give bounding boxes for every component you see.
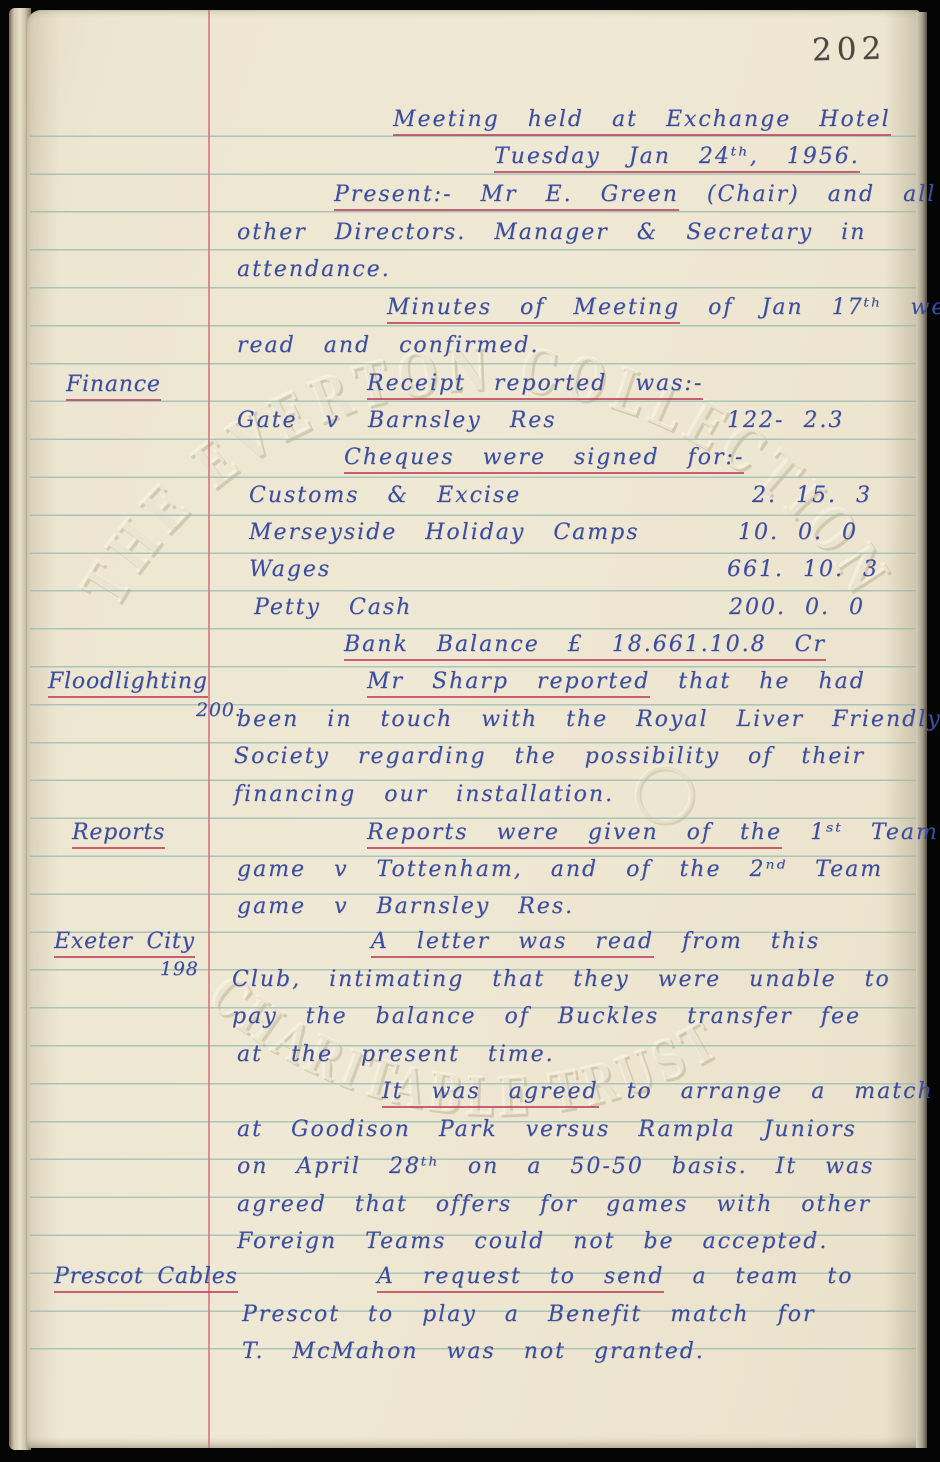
handwriting-line: at Goodison Park versus Rampla Juniors (237, 1117, 857, 1143)
handwriting-line: Minutes of Meeting of Jan 17ᵗʰ were (387, 295, 940, 321)
handwriting-line: Club, intimating that they were unable t… (232, 967, 891, 993)
handwriting-line: agreed that offers for games with other (237, 1192, 871, 1218)
handwriting-line: pay the balance of Buckles transfer fee (232, 1004, 861, 1030)
margin-note: Exeter City (54, 929, 195, 955)
minute-book-page: THE EVERTON COLLECTION THE EVERTON COLLE… (0, 0, 940, 1462)
handwriting-line: T. McMahon was not granted. (242, 1339, 705, 1365)
amount-value: 661. 10. 3 (727, 557, 879, 583)
handwriting-line: at the present time. (237, 1042, 555, 1068)
page-number-stamp: 202 (812, 35, 923, 64)
handwriting-line: A request to send a team to (377, 1264, 853, 1290)
margin-note: Floodlighting (48, 669, 208, 695)
handwriting-line: Foreign Teams could not be accepted. (237, 1229, 828, 1255)
handwriting-line: attendance. (237, 257, 391, 283)
handwriting-line: game v Tottenham, and of the 2ⁿᵈ Team (237, 857, 883, 883)
handwriting-line: Reports were given of the 1ˢᵗ Team (367, 820, 939, 846)
margin-note: Finance (66, 372, 161, 398)
handwriting-line: Bank Balance £ 18.661.10.8 Cr (344, 632, 826, 658)
handwriting-line: on April 28ᵗʰ on a 50-50 basis. It was (237, 1154, 874, 1180)
handwriting-line: Wages (249, 557, 331, 583)
handwriting-line: Gate v Barnsley Res (237, 408, 557, 434)
handwriting-line: Receipt reported was:- (367, 371, 703, 397)
handwriting-line: Meeting held at Exchange Hotel (393, 107, 891, 133)
handwriting-line: Society regarding the possibility of the… (234, 744, 865, 770)
handwriting-line: Merseyside Holiday Camps (249, 520, 640, 546)
amount-value: 200. 0. 0 (729, 595, 865, 621)
handwriting-line: Prescot to play a Benefit match for (242, 1302, 815, 1328)
amount-value: 2. 15. 3 (752, 483, 872, 509)
handwriting-line: It was agreed to arrange a match (382, 1079, 934, 1105)
margin-note: Prescot Cables (54, 1264, 238, 1290)
handwriting-line: A letter was read from this (371, 929, 820, 955)
amount-value: 122- 2.3 (727, 408, 844, 434)
margin-note: 200. (196, 697, 242, 723)
handwriting-line: Cheques were signed for:- (344, 445, 744, 471)
handwriting-line: financing our installation. (234, 782, 614, 808)
handwriting-line: Tuesday Jan 24ᵗʰ, 1956. (494, 144, 860, 170)
handwriting-line: Customs & Excise (249, 483, 521, 509)
handwriting-line: Petty Cash (254, 595, 412, 621)
handwriting-line: Present:- Mr E. Green (Chair) and all (334, 182, 936, 208)
red-margin-rule (208, 10, 210, 1448)
amount-value: 10. 0. 0 (738, 520, 858, 546)
handwriting-line: read and confirmed. (237, 333, 539, 359)
handwriting-line: been in touch with the Royal Liver Frien… (237, 707, 940, 733)
handwriting-line: other Directors. Manager & Secretary in (237, 220, 866, 246)
margin-note: 198 (160, 956, 199, 982)
margin-note: Reports (72, 820, 165, 846)
handwriting-line: game v Barnsley Res. (237, 894, 574, 920)
handwriting-line: Mr Sharp reported that he had (367, 669, 866, 695)
